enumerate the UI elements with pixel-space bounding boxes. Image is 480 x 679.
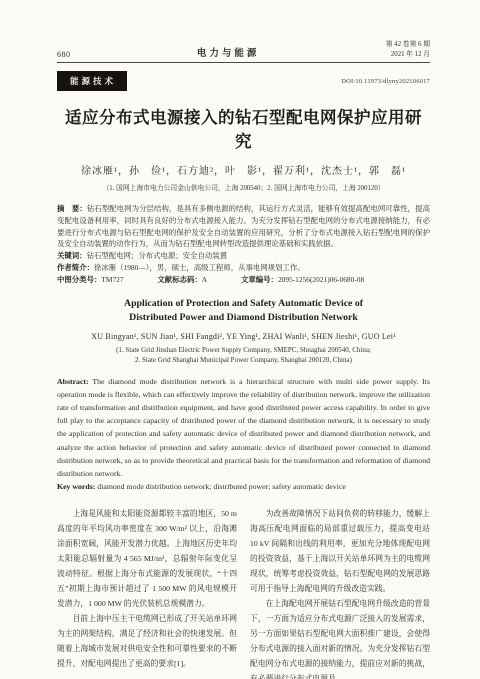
body-paragraph: 在上海配电网开展钻石型配电网升级改造的背景下，一方面为适应分布式电源广泛接入的发… [250,596,430,679]
abstract-en: Abstract: The diamond mode distribution … [57,375,430,481]
affiliation-en-line1: (1. State Grid Jinshan Electric Power Su… [116,346,371,354]
body-column-left: 上海是风能和太阳能资源都较丰富的地区，50 m 高度的年平均风功率密度在 300… [57,506,237,679]
body-paragraph: 上海是风能和太阳能资源都较丰富的地区，50 m 高度的年平均风功率密度在 300… [57,506,237,611]
authors-en: XU Bingyan¹, SUN Jian¹, SHI Fangdi², YE … [57,332,430,341]
abstract-block-en: Abstract: The diamond mode distribution … [57,375,430,494]
body-column-right: 为改善故障情况下站间负荷的转移能力，缓解上海高压配电网面临的局部重过载压力，提高… [250,506,430,679]
abstract-label-zh: 摘 要： [57,204,87,213]
journal-title: 电力与能源 [197,45,260,59]
issue-date: 2021 年 12 月 [391,51,430,58]
article-title-zh: 适应分布式电源接入的钻石型配电网保护应用研究 [57,104,430,152]
page-number: 680 [57,50,71,59]
abstract-block-zh: 摘 要：钻石型配电网为分层结构，是具有多侧电源的结构，其运行方式灵活，能够有效提… [57,203,430,286]
issue-volume: 第 42 卷第 6 期 [386,41,430,48]
body-paragraph: 目前上海中压主干电缆网已形成了开关站单环网为主的网架结构，满足了经济和社会的快速… [57,611,237,671]
column-badge: 能源技术 [57,71,127,91]
body-columns: 上海是风能和太阳能资源都较丰富的地区，50 m 高度的年平均风功率密度在 300… [57,506,430,679]
keywords-zh: 关键词：钻石型配电网；分布式电源；安全自动装置 [57,250,430,262]
keywords-text-zh: 钻石型配电网；分布式电源；安全自动装置 [87,251,227,260]
badge-doi-row: 能源技术 DOI:10.11973/dlyny202106017 [57,71,430,91]
classification-row: 中图分类号：TM727 文献标志码：A 文章编号：2095-1256(2021)… [57,274,430,286]
affiliation-en-line2: 2. State Grid Shanghai Municipal Power C… [135,356,352,364]
article-title-en-line1: Application of Protection and Safety Aut… [124,298,363,309]
article-title-en: Application of Protection and Safety Aut… [57,297,430,325]
author-bio: 作者简介：徐冰雁（1980—），男，硕士，高级工程师，从事电网规划工作。 [57,262,430,274]
authors-zh: 徐冰雁¹，孙 俭¹，石方迪²，叶 影¹，翟万利¹，沈杰士¹，郭 磊¹ [57,162,430,177]
issue-info: 第 42 卷第 6 期 2021 年 12 月 [386,40,430,59]
author-bio-label: 作者简介： [57,263,94,272]
affiliation-zh: （1. 国网上海市电力公司金山供电公司，上海 200540；2. 国网上海市电力… [57,182,430,192]
document-code: 文献标志码：A [157,275,223,284]
keywords-text-en: diamond mode distribution network; distr… [97,482,346,491]
running-head: 680 电力与能源 第 42 卷第 6 期 2021 年 12 月 [57,40,430,63]
journal-page: 680 电力与能源 第 42 卷第 6 期 2021 年 12 月 能源技术 D… [0,0,480,679]
body-paragraph: 为改善故障情况下站间负荷的转移能力，缓解上海高压配电网面临的局部重过载压力，提高… [250,506,430,596]
doi-text: DOI:10.11973/dlyny202106017 [341,78,430,85]
keywords-en: Key words: diamond mode distribution net… [57,480,430,493]
author-bio-text: 徐冰雁（1980—），男，硕士，高级工程师，从事电网规划工作。 [94,263,305,272]
article-title-en-line2: Distributed Power and Diamond Distributi… [129,312,358,323]
keywords-label-en: Key words: [57,482,95,491]
abstract-label-en: Abstract: [57,377,89,386]
article-number: 文章编号：2095-1256(2021)06-0680-08 [241,275,380,284]
abstract-zh: 摘 要：钻石型配电网为分层结构，是具有多侧电源的结构，其运行方式灵活，能够有效提… [57,203,430,250]
abstract-text-en: The diamond mode distribution network is… [57,377,430,478]
abstract-text-zh: 钻石型配电网为分层结构，是具有多侧电源的结构，其运行方式灵活，能够有效提高配电网… [57,204,430,248]
clc-number: 中图分类号：TM727 [57,275,140,284]
affiliation-en: (1. State Grid Jinshan Electric Power Su… [57,345,430,366]
keywords-label-zh: 关键词： [57,251,87,260]
